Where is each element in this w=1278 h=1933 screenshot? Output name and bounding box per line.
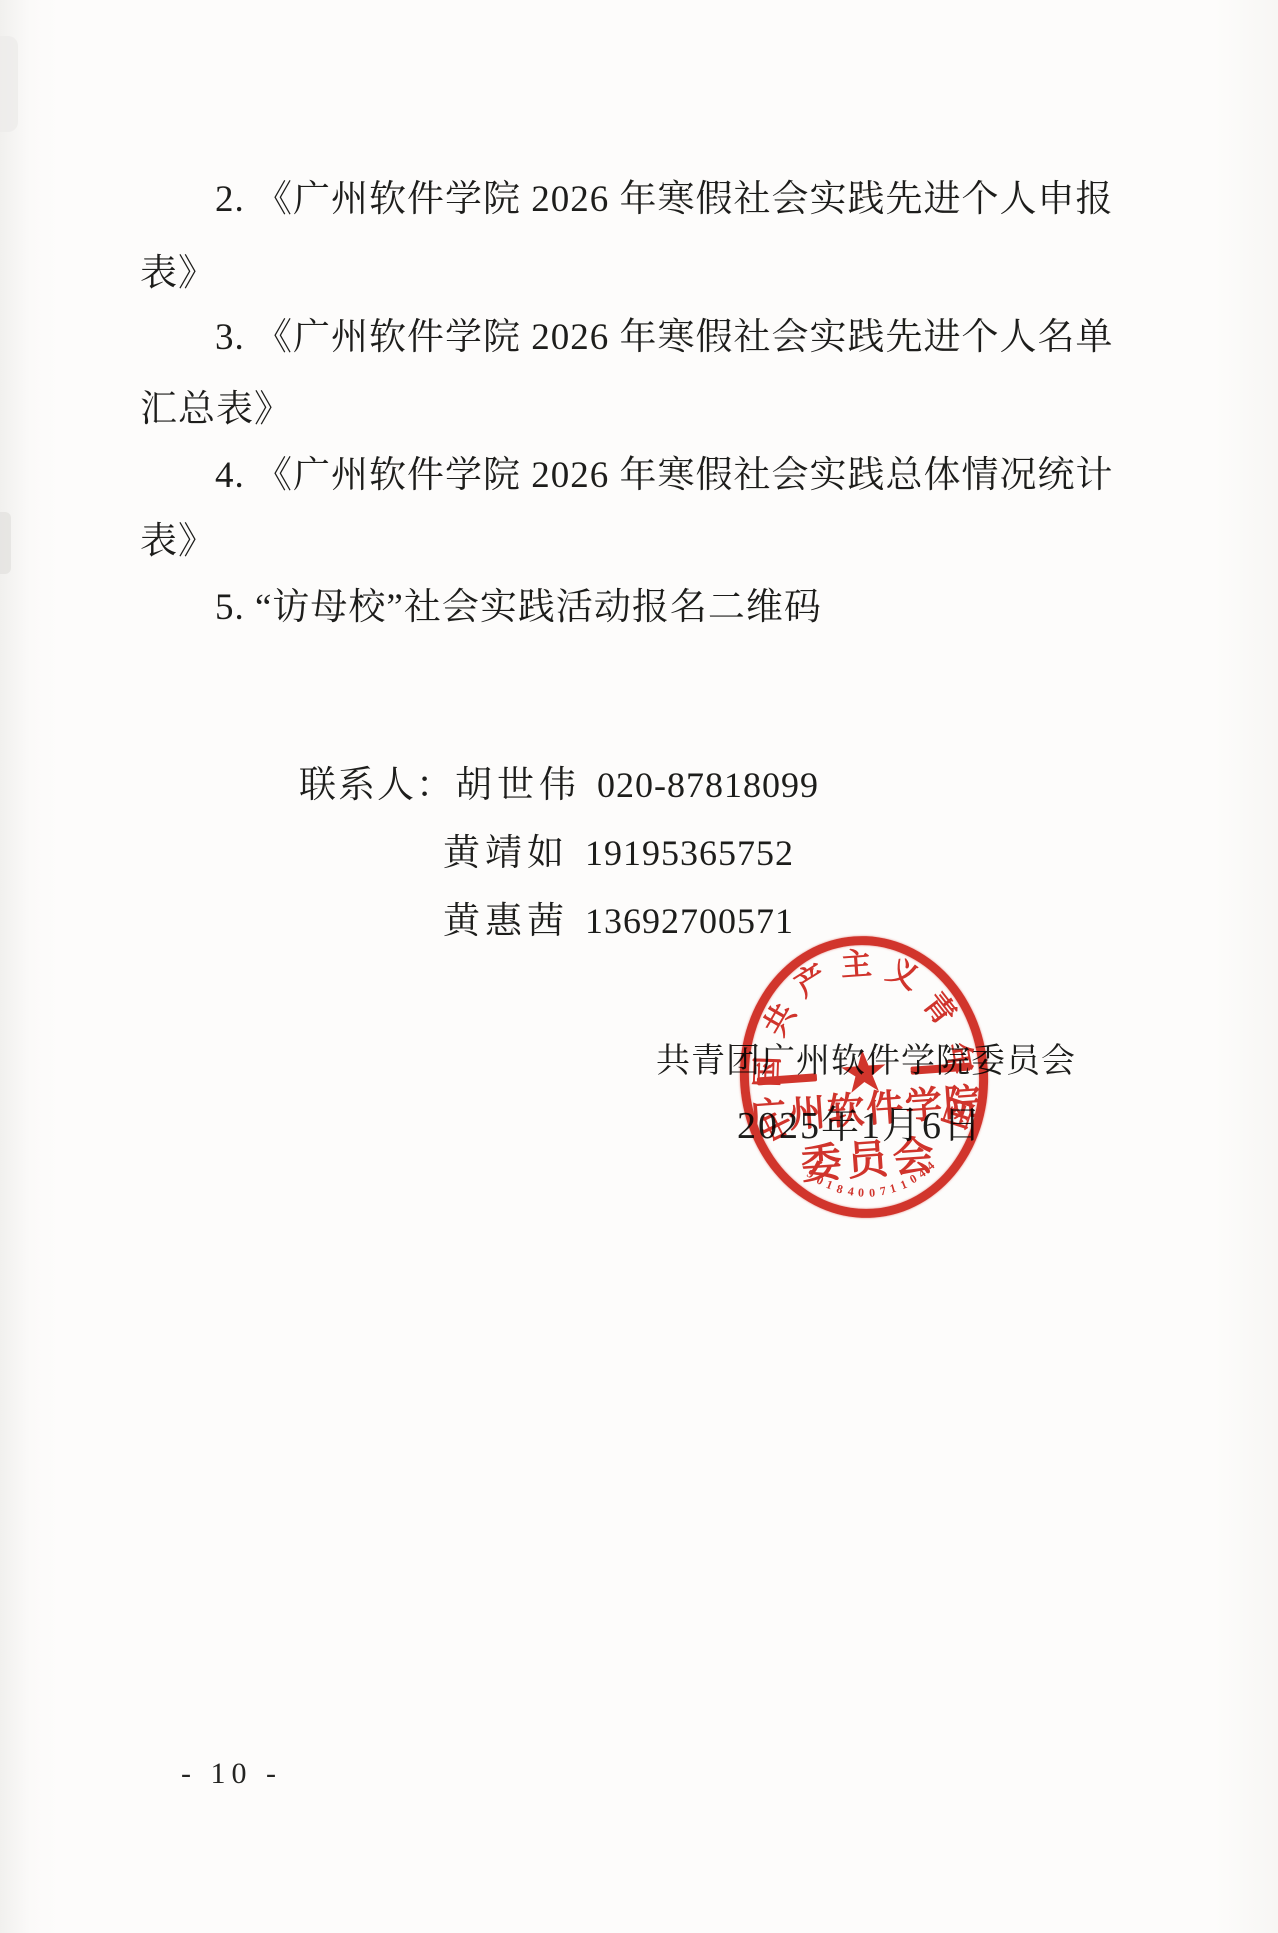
attachment-item-4-line-2: 表》 — [140, 520, 216, 564]
attachment-item-5-line-1: 5. “访母校”社会实践活动报名二维码 — [215, 586, 822, 630]
attachment-item-3-line-1: 3. 《广州软件学院 2026 年寒假社会实践先进个人名单 — [215, 316, 1114, 360]
scan-artifact — [0, 36, 18, 132]
attachment-item-2-line-2: 表》 — [140, 252, 216, 296]
contact-name: 黄惠茜 — [443, 901, 569, 942]
scan-artifact — [0, 512, 11, 574]
contact-phone: 13692700571 — [585, 901, 794, 941]
attachment-item-4-line-1: 4. 《广州软件学院 2026 年寒假社会实践总体情况统计 — [215, 454, 1114, 498]
attachment-item-3-line-2: 汇总表》 — [140, 388, 292, 432]
attachment-item-2-line-1: 2. 《广州软件学院 2026 年寒假社会实践先进个人申报 — [215, 178, 1114, 222]
official-seal: 中国共产主义青年团 ★ 广州软件学院 委员会 4401170048109 — [730, 928, 997, 1227]
page-number: - 10 - — [181, 1756, 282, 1792]
document-page: 2. 《广州软件学院 2026 年寒假社会实践先进个人申报 表》 3. 《广州软… — [0, 0, 1278, 1933]
